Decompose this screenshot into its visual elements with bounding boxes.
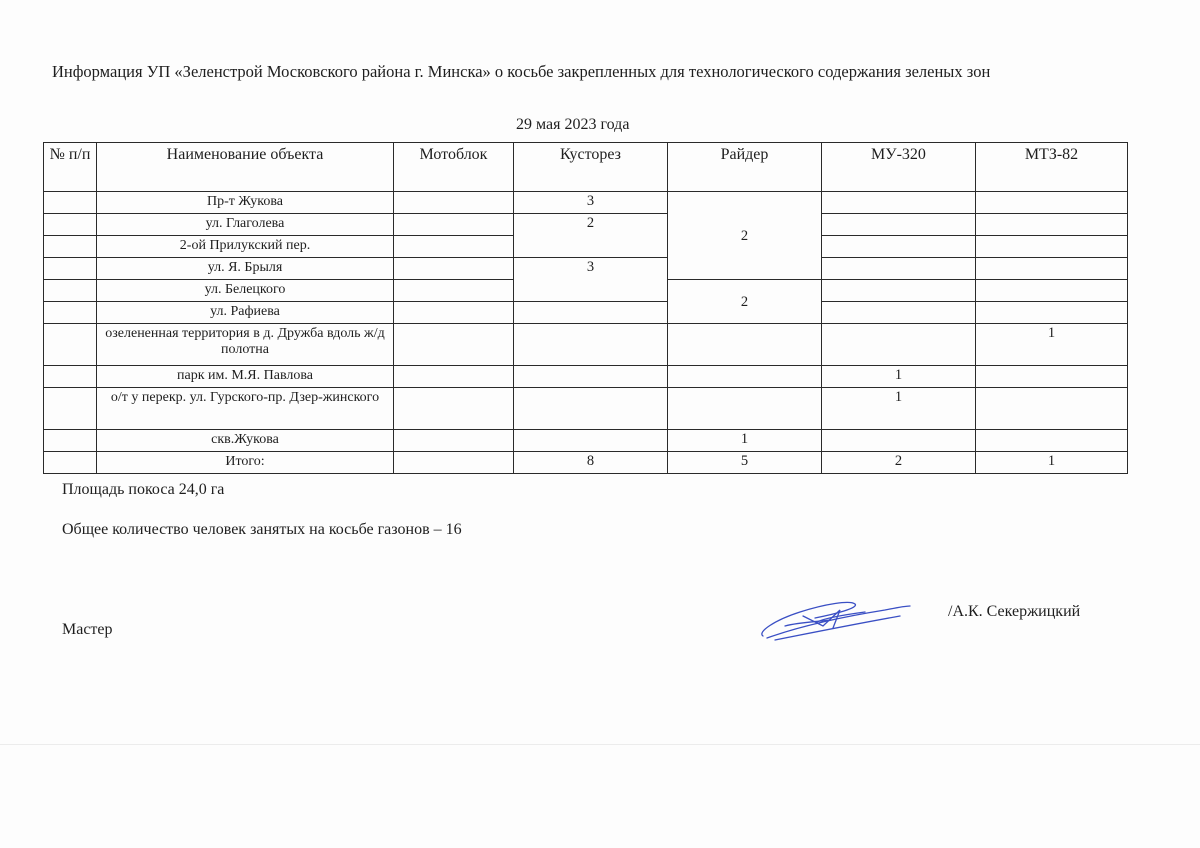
cell-name: скв.Жукова bbox=[97, 430, 394, 452]
cell-kustorez bbox=[514, 324, 668, 366]
cell-motoblok bbox=[394, 302, 514, 324]
cell-kustorez bbox=[514, 388, 668, 430]
cell-mtz82 bbox=[976, 192, 1128, 214]
cell-kustorez bbox=[514, 430, 668, 452]
cell-number bbox=[44, 324, 97, 366]
cell-mu320 bbox=[822, 430, 976, 452]
table-header-row: № п/п Наименование объекта Мотоблок Куст… bbox=[44, 143, 1128, 192]
cell-motoblok bbox=[394, 430, 514, 452]
cell-mu320 bbox=[822, 214, 976, 236]
report-date: 29 мая 2023 года bbox=[516, 116, 629, 134]
cell-raider: 2 bbox=[668, 192, 822, 280]
total-motoblok bbox=[394, 452, 514, 474]
cell-mu320: 1 bbox=[822, 366, 976, 388]
cell-number bbox=[44, 302, 97, 324]
cell-number bbox=[44, 430, 97, 452]
cell-mu320: 1 bbox=[822, 388, 976, 430]
table-row: озелененная территория в д. Дружба вдоль… bbox=[44, 324, 1128, 366]
cell-motoblok bbox=[394, 258, 514, 280]
cell-mtz82 bbox=[976, 388, 1128, 430]
mowing-table: № п/п Наименование объекта Мотоблок Куст… bbox=[43, 142, 1128, 474]
cell-kustorez: 3 bbox=[514, 192, 668, 214]
document-title: Информация УП «Зеленстрой Московского ра… bbox=[52, 62, 1132, 82]
total-mtz82: 1 bbox=[976, 452, 1128, 474]
cell-motoblok bbox=[394, 324, 514, 366]
cell-motoblok bbox=[394, 388, 514, 430]
signer-name: /А.К. Секержицкий bbox=[948, 603, 1080, 621]
signer-position: Мастер bbox=[62, 621, 113, 639]
cell-mtz82 bbox=[976, 214, 1128, 236]
cell-name: парк им. М.Я. Павлова bbox=[97, 366, 394, 388]
cell-number bbox=[44, 388, 97, 430]
total-kustorez: 8 bbox=[514, 452, 668, 474]
table-row: о/т у перекр. ул. Гурского-пр. Дзер-жинс… bbox=[44, 388, 1128, 430]
column-header-motoblok: Мотоблок bbox=[394, 143, 514, 192]
column-header-number: № п/п bbox=[44, 143, 97, 192]
cell-name: озелененная территория в д. Дружба вдоль… bbox=[97, 324, 394, 366]
cell-name: 2-ой Прилукский пер. bbox=[97, 236, 394, 258]
cell-kustorez bbox=[514, 302, 668, 324]
cell-number bbox=[44, 452, 97, 474]
cell-mtz82 bbox=[976, 430, 1128, 452]
cell-motoblok bbox=[394, 214, 514, 236]
cell-mu320 bbox=[822, 258, 976, 280]
scan-edge-divider bbox=[0, 744, 1200, 745]
cell-number bbox=[44, 192, 97, 214]
table-row: скв.Жукова 1 bbox=[44, 430, 1128, 452]
cell-mtz82 bbox=[976, 280, 1128, 302]
table-row: парк им. М.Я. Павлова 1 bbox=[44, 366, 1128, 388]
total-mu320: 2 bbox=[822, 452, 976, 474]
cell-raider bbox=[668, 366, 822, 388]
table-row: Пр-т Жукова 3 2 bbox=[44, 192, 1128, 214]
cell-number bbox=[44, 258, 97, 280]
cell-name: ул. Рафиева bbox=[97, 302, 394, 324]
cell-mu320 bbox=[822, 192, 976, 214]
table-row: ул. Глаголева 2 bbox=[44, 214, 1128, 236]
cell-name: ул. Глаголева bbox=[97, 214, 394, 236]
signature-icon bbox=[755, 592, 915, 644]
table-total-row: Итого: 8 5 2 1 bbox=[44, 452, 1128, 474]
cell-mu320 bbox=[822, 236, 976, 258]
total-raider: 5 bbox=[668, 452, 822, 474]
cell-mu320 bbox=[822, 324, 976, 366]
cell-motoblok bbox=[394, 192, 514, 214]
column-header-mtz82: МТЗ-82 bbox=[976, 143, 1128, 192]
cell-name: о/т у перекр. ул. Гурского-пр. Дзер-жинс… bbox=[97, 388, 394, 430]
cell-raider: 2 bbox=[668, 280, 822, 324]
cell-number bbox=[44, 366, 97, 388]
cell-mtz82: 1 bbox=[976, 324, 1128, 366]
cell-mtz82 bbox=[976, 366, 1128, 388]
column-header-mu320: МУ-320 bbox=[822, 143, 976, 192]
mowing-area: Площадь покоса 24,0 га bbox=[62, 481, 224, 499]
column-header-name: Наименование объекта bbox=[97, 143, 394, 192]
cell-mu320 bbox=[822, 280, 976, 302]
table-row: ул. Я. Брыля 3 bbox=[44, 258, 1128, 280]
cell-mtz82 bbox=[976, 258, 1128, 280]
cell-number bbox=[44, 280, 97, 302]
cell-raider bbox=[668, 388, 822, 430]
cell-raider bbox=[668, 324, 822, 366]
cell-number bbox=[44, 236, 97, 258]
cell-motoblok bbox=[394, 366, 514, 388]
cell-name: ул. Я. Брыля bbox=[97, 258, 394, 280]
cell-kustorez: 3 bbox=[514, 258, 668, 302]
table-row: ул. Рафиева bbox=[44, 302, 1128, 324]
cell-name: Пр-т Жукова bbox=[97, 192, 394, 214]
cell-kustorez bbox=[514, 366, 668, 388]
cell-kustorez: 2 bbox=[514, 214, 668, 258]
cell-mtz82 bbox=[976, 302, 1128, 324]
cell-number bbox=[44, 214, 97, 236]
column-header-kustorez: Кусторез bbox=[514, 143, 668, 192]
workers-count: Общее количество человек занятых на кось… bbox=[62, 521, 462, 539]
cell-motoblok bbox=[394, 236, 514, 258]
cell-motoblok bbox=[394, 280, 514, 302]
cell-mtz82 bbox=[976, 236, 1128, 258]
cell-name: ул. Белецкого bbox=[97, 280, 394, 302]
column-header-raider: Райдер bbox=[668, 143, 822, 192]
cell-mu320 bbox=[822, 302, 976, 324]
cell-raider: 1 bbox=[668, 430, 822, 452]
total-label: Итого: bbox=[97, 452, 394, 474]
